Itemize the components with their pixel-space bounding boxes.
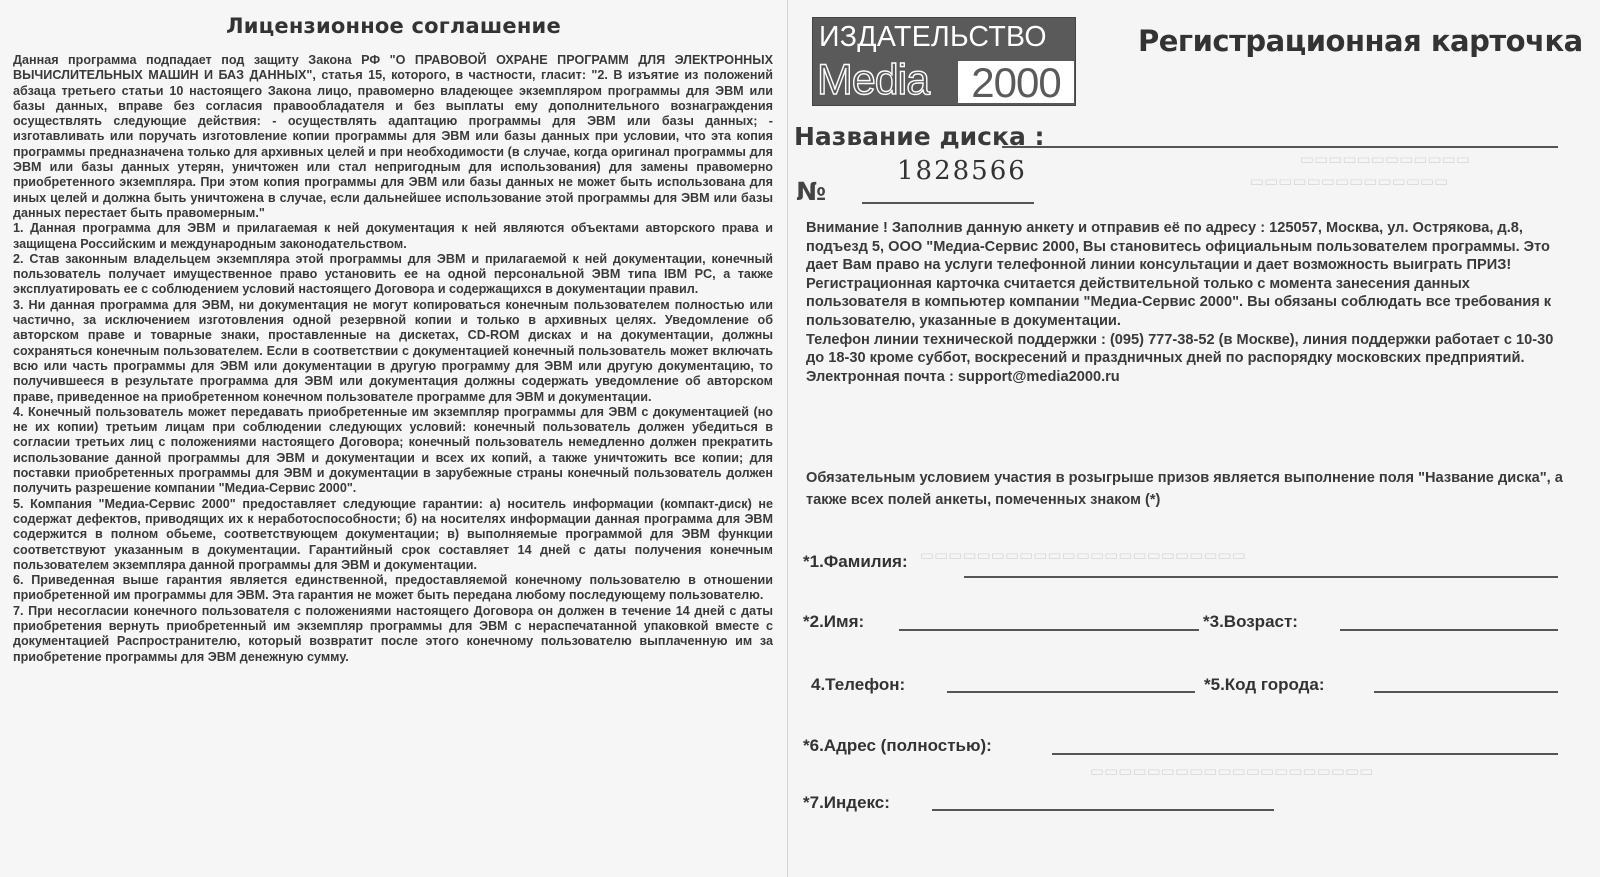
zip-label: *7.Индекс: bbox=[803, 793, 890, 813]
support-phone-text: Телефон линии технической поддержки : (0… bbox=[806, 331, 1566, 368]
license-clause-5: 5. Компания "Медиа-Сервис 2000" предоста… bbox=[13, 497, 773, 573]
age-label: *3.Возраст: bbox=[1203, 612, 1298, 632]
logo-publisher-text: ИЗДАТЕЛЬСТВО bbox=[819, 21, 1047, 54]
number-label: № bbox=[796, 177, 826, 206]
license-clause-6: 6. Приведенная выше гарантия является ед… bbox=[13, 573, 773, 604]
phone-field[interactable] bbox=[947, 673, 1195, 693]
license-body: Данная программа подпадает под защиту За… bbox=[13, 53, 773, 665]
license-preamble: Данная программа подпадает под защиту За… bbox=[13, 53, 773, 221]
registration-notice: Внимание ! Заполнив данную анкету и отпр… bbox=[806, 219, 1566, 386]
surname-field[interactable] bbox=[964, 558, 1558, 578]
license-clause-3: 3. Ни данная программа для ЭВМ, ни докум… bbox=[13, 298, 773, 405]
address-field[interactable] bbox=[1052, 735, 1558, 755]
logo-media-text: Media bbox=[817, 58, 929, 102]
logo-year-text: 2000 bbox=[958, 61, 1074, 103]
phone-label: 4.Телефон: bbox=[811, 675, 905, 695]
serial-number-underline bbox=[862, 202, 1034, 204]
age-field[interactable] bbox=[1340, 611, 1558, 631]
disk-name-field[interactable] bbox=[1002, 128, 1558, 148]
prize-condition: Обязательным условием участия в розыгрыш… bbox=[806, 467, 1566, 511]
prize-condition-text: Обязательным условием участия в розыгрыш… bbox=[806, 467, 1566, 511]
license-clause-2: 2. Став законным владельцем экземпляра э… bbox=[13, 252, 773, 298]
license-clause-1: 1. Данная программа для ЭВМ и прилагаема… bbox=[13, 221, 773, 252]
license-clause-4: 4. Конечный пользователь может передават… bbox=[13, 405, 773, 497]
city-code-field[interactable] bbox=[1374, 673, 1558, 693]
publisher-logo: ИЗДАТЕЛЬСТВО Media 2000 bbox=[812, 17, 1076, 106]
name-label: *2.Имя: bbox=[803, 612, 864, 632]
address-label: *6.Адрес (полностью): bbox=[803, 736, 992, 756]
support-email-text: Электронная почта : support@media2000.ru bbox=[806, 368, 1566, 387]
serial-number: 1828566 bbox=[897, 156, 1027, 186]
license-title: Лицензионное соглашение bbox=[0, 14, 787, 38]
license-page: Лицензионное соглашение Данная программа… bbox=[0, 0, 787, 877]
city-code-label: *5.Код города: bbox=[1204, 675, 1325, 695]
license-clause-7: 7. При несогласии конечного пользователя… bbox=[13, 604, 773, 665]
surname-label: *1.Фамилия: bbox=[803, 552, 908, 572]
zip-field[interactable] bbox=[932, 791, 1274, 811]
notice-text: Внимание ! Заполнив данную анкету и отпр… bbox=[806, 219, 1566, 331]
card-title: Регистрационная карточка bbox=[1138, 24, 1583, 58]
name-field[interactable] bbox=[899, 611, 1199, 631]
